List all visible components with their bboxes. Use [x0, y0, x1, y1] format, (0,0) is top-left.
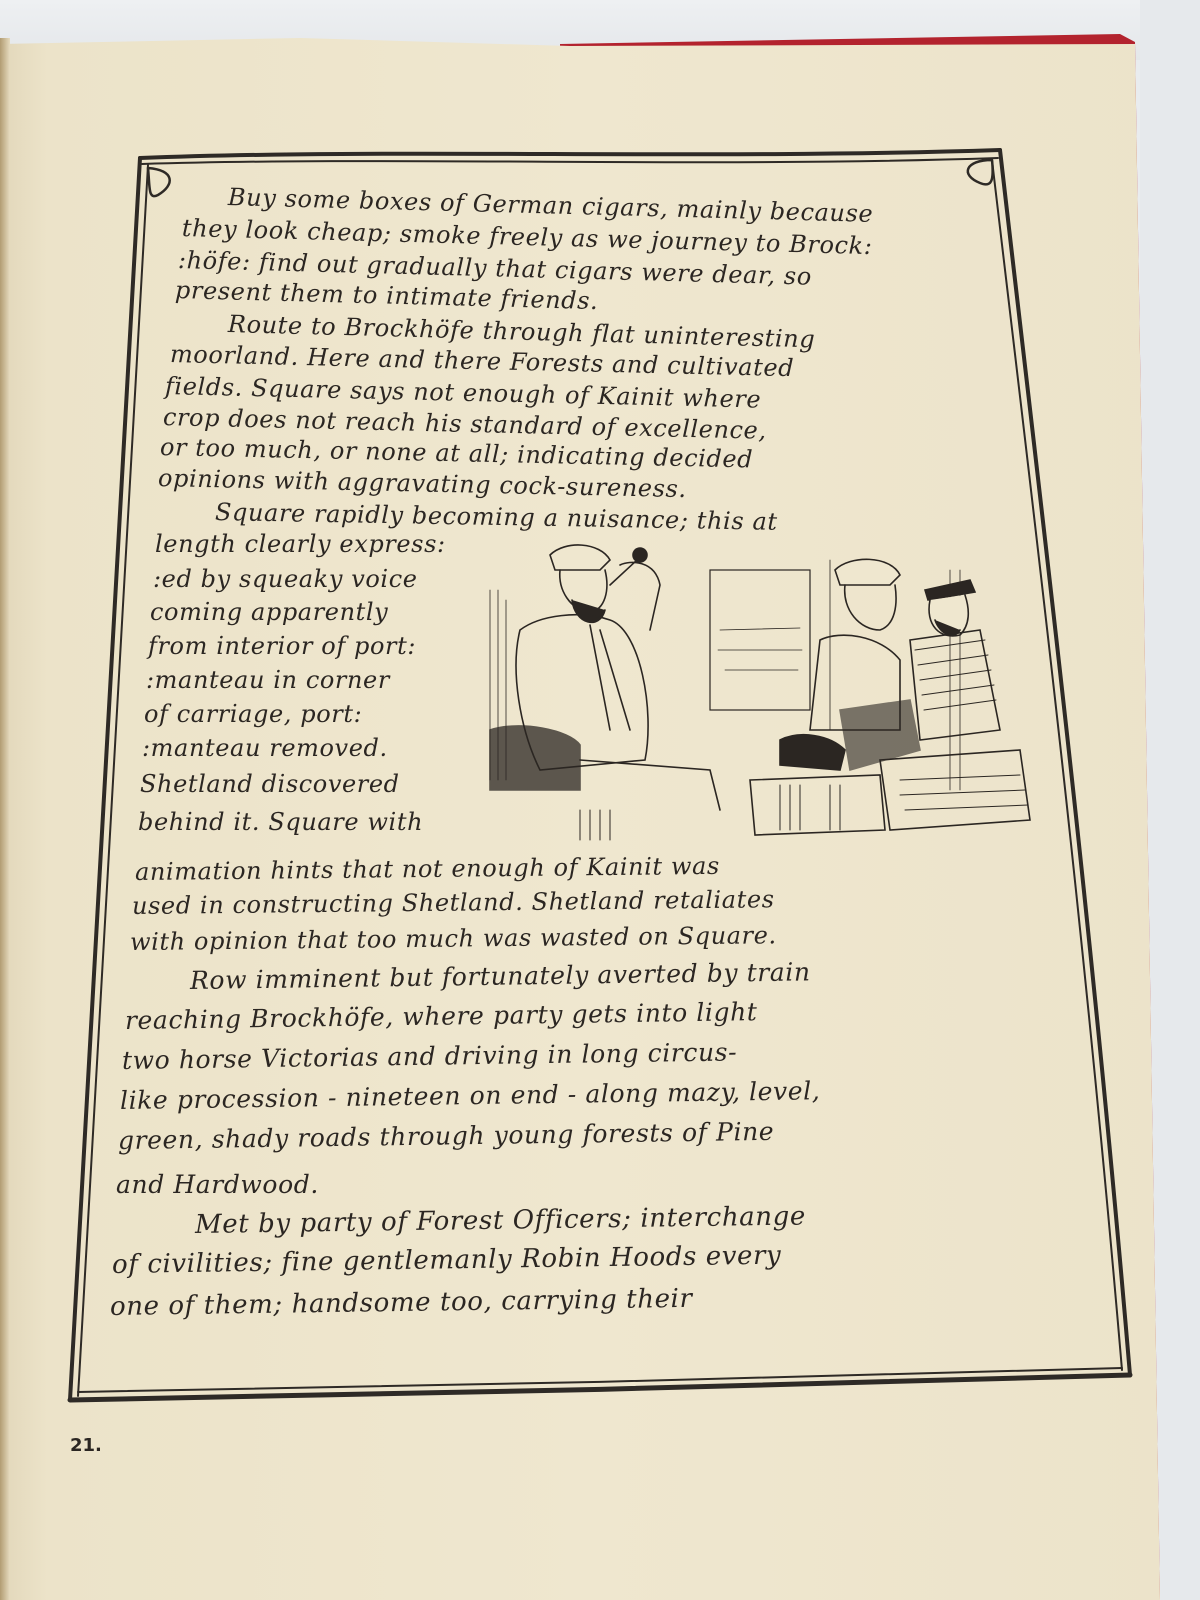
text-line: and Hardwood. — [116, 1170, 319, 1199]
page-number: 21. — [70, 1435, 102, 1456]
page-gutter — [0, 38, 10, 1600]
text-line: of carriage, port: — [144, 700, 362, 728]
text-line: :manteau removed. — [142, 734, 388, 762]
text-line: :manteau in corner — [146, 666, 390, 694]
text-line: from interior of port: — [148, 632, 416, 660]
text-line: length clearly express: — [155, 530, 446, 558]
text-line: Shetland discovered — [140, 770, 400, 798]
carriage-illustration — [480, 530, 1040, 850]
text-line: behind it. Square with — [138, 808, 423, 836]
text-line: coming apparently — [150, 598, 388, 626]
text-line: :ed by squeaky voice — [153, 565, 418, 593]
